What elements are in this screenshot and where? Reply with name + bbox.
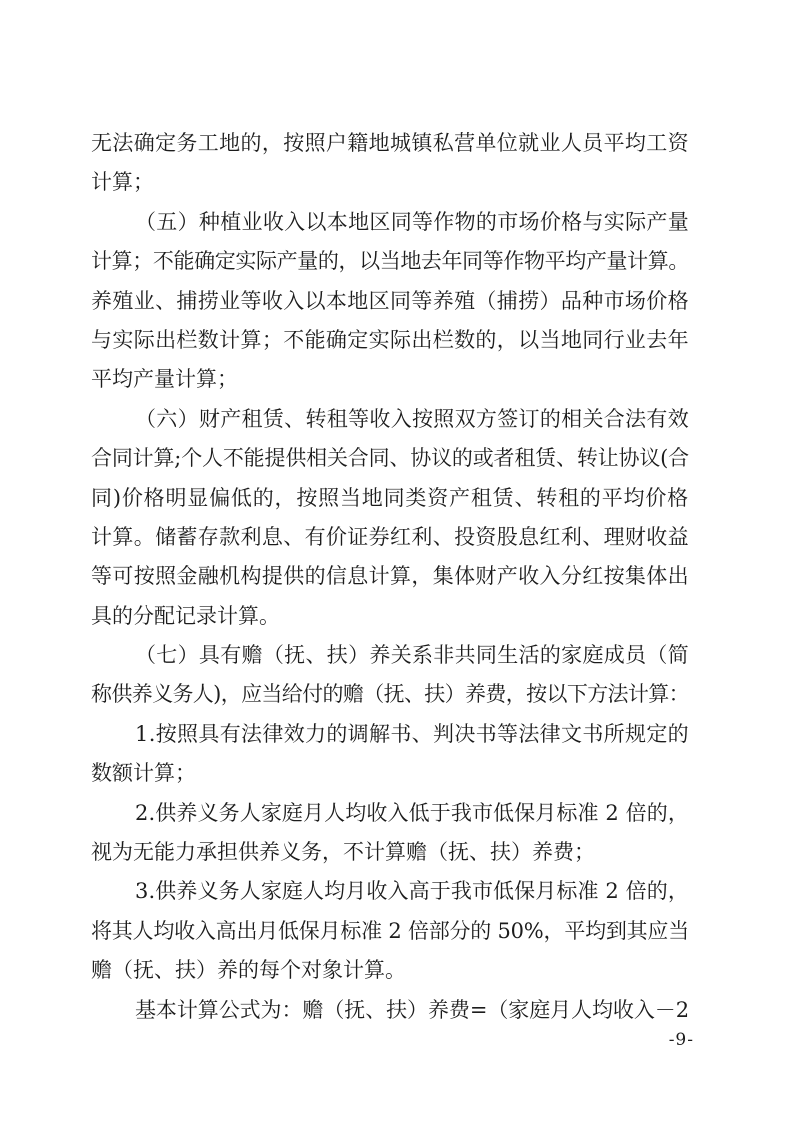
document-body: 无法确定务工地的，按照户籍地城镇私营单位就业人员平均工资计算；（五）种植业收入以…: [91, 124, 689, 1030]
text-line: 2.供养义务人家庭月人均收入低于我市低保月标准 2 倍的，: [91, 794, 689, 833]
text-line: （七）具有赡（抚、扶）养关系非共同生活的家庭成员（简: [91, 636, 689, 675]
text-line: （六）财产租赁、转租等收入按照双方签订的相关合法有效: [91, 400, 689, 439]
text-line: 计算；不能确定实际产量的，以当地去年同等作物平均产量计算。: [91, 242, 689, 281]
text-line: 赡（抚、扶）养的每个对象计算。: [91, 951, 689, 990]
text-line: 1.按照具有法律效力的调解书、判决书等法律文书所规定的: [91, 715, 689, 754]
text-line: 等可按照金融机构提供的信息计算，集体财产收入分红按集体出: [91, 557, 689, 596]
document-page: 无法确定务工地的，按照户籍地城镇私营单位就业人员平均工资计算；（五）种植业收入以…: [0, 0, 793, 1122]
text-line: 3.供养义务人家庭人均月收入高于我市低保月标准 2 倍的，: [91, 872, 689, 911]
text-line: （五）种植业收入以本地区同等作物的市场价格与实际产量: [91, 203, 689, 242]
page-number: -9-: [669, 1028, 694, 1052]
text-line: 与实际出栏数计算；不能确定实际出栏数的，以当地同行业去年: [91, 321, 689, 360]
text-line: 称供养义务人)，应当给付的赡（抚、扶）养费，按以下方法计算：: [91, 675, 689, 714]
text-line: 养殖业、捕捞业等收入以本地区同等养殖（捕捞）品种市场价格: [91, 282, 689, 321]
text-line: 视为无能力承担供养义务，不计算赡（抚、扶）养费；: [91, 833, 689, 872]
text-line: 数额计算；: [91, 754, 689, 793]
text-line: 平均产量计算；: [91, 360, 689, 399]
text-line: 计算。储蓄存款利息、有价证券红利、投资股息红利、理财收益: [91, 518, 689, 557]
text-line: 将其人均收入高出月低保月标准 2 倍部分的 50%，平均到其应当: [91, 912, 689, 951]
text-line: 合同计算;个人不能提供相关合同、协议的或者租赁、转让协议(合: [91, 439, 689, 478]
text-line: 具的分配记录计算。: [91, 597, 689, 636]
text-line: 计算；: [91, 163, 689, 202]
text-line: 无法确定务工地的，按照户籍地城镇私营单位就业人员平均工资: [91, 124, 689, 163]
text-line: 同)价格明显偏低的，按照当地同类资产租赁、转租的平均价格: [91, 479, 689, 518]
text-line: 基本计算公式为：赡（抚、扶）养费=（家庭月人均收入－2: [91, 991, 689, 1030]
